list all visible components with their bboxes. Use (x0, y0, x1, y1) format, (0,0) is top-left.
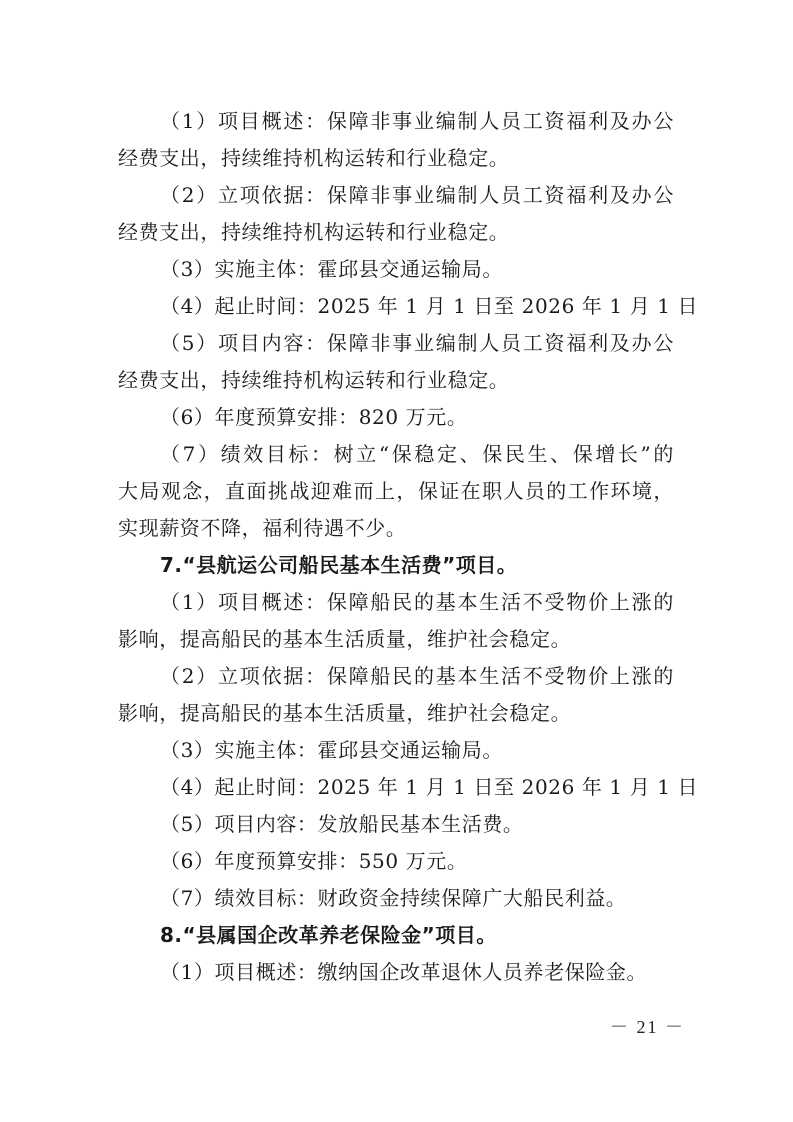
paragraph-line: （5）项目内容：发放船民基本生活费。 (118, 806, 674, 843)
paragraph-line: 影响，提高船民的基本生活质量，维护社会稳定。 (118, 621, 674, 658)
paragraph-line: （1）项目概述：缴纳国企改革退休人员养老保险金。 (118, 954, 674, 991)
paragraph-line: （2）立项依据：保障非事业编制人员工资福利及办公 (118, 177, 674, 214)
paragraph-line: 影响，提高船民的基本生活质量，维护社会稳定。 (118, 695, 674, 732)
paragraph-line: （6）年度预算安排：820 万元。 (118, 399, 674, 436)
paragraph-line: （7）绩效目标：树立“保稳定、保民生、保增长”的 (118, 436, 674, 473)
paragraph-line: 实现薪资不降，福利待遇不少。 (118, 510, 674, 547)
paragraph-line: 经费支出，持续维持机构运转和行业稳定。 (118, 362, 674, 399)
document-body: （1）项目概述：保障非事业编制人员工资福利及办公 经费支出，持续维持机构运转和行… (118, 103, 674, 991)
paragraph-line: （5）项目内容：保障非事业编制人员工资福利及办公 (118, 325, 674, 362)
paragraph-line: （1）项目概述：保障非事业编制人员工资福利及办公 (118, 103, 674, 140)
paragraph-line: （6）年度预算安排：550 万元。 (118, 843, 674, 880)
paragraph-line: （3）实施主体：霍邱县交通运输局。 (118, 732, 674, 769)
paragraph-line: 经费支出，持续维持机构运转和行业稳定。 (118, 214, 674, 251)
section-heading-8: 8.“县属国企改革养老保险金”项目。 (118, 917, 674, 954)
paragraph-line: （4）起止时间：2025 年 1 月 1 日至 2026 年 1 月 1 日 (118, 769, 674, 806)
paragraph-line: （7）绩效目标：财政资金持续保障广大船民利益。 (118, 880, 674, 917)
paragraph-line: （2）立项依据：保障船民的基本生活不受物价上涨的 (118, 658, 674, 695)
paragraph-line: （3）实施主体：霍邱县交通运输局。 (118, 251, 674, 288)
paragraph-line: （1）项目概述：保障船民的基本生活不受物价上涨的 (118, 584, 674, 621)
paragraph-line: 大局观念，直面挑战迎难而上，保证在职人员的工作环境， (118, 473, 674, 510)
paragraph-line: （4）起止时间：2025 年 1 月 1 日至 2026 年 1 月 1 日 (118, 288, 674, 325)
paragraph-line: 经费支出，持续维持机构运转和行业稳定。 (118, 140, 674, 177)
section-heading-7: 7.“县航运公司船民基本生活费”项目。 (118, 547, 674, 584)
page-number: － 21 － (610, 1013, 685, 1039)
